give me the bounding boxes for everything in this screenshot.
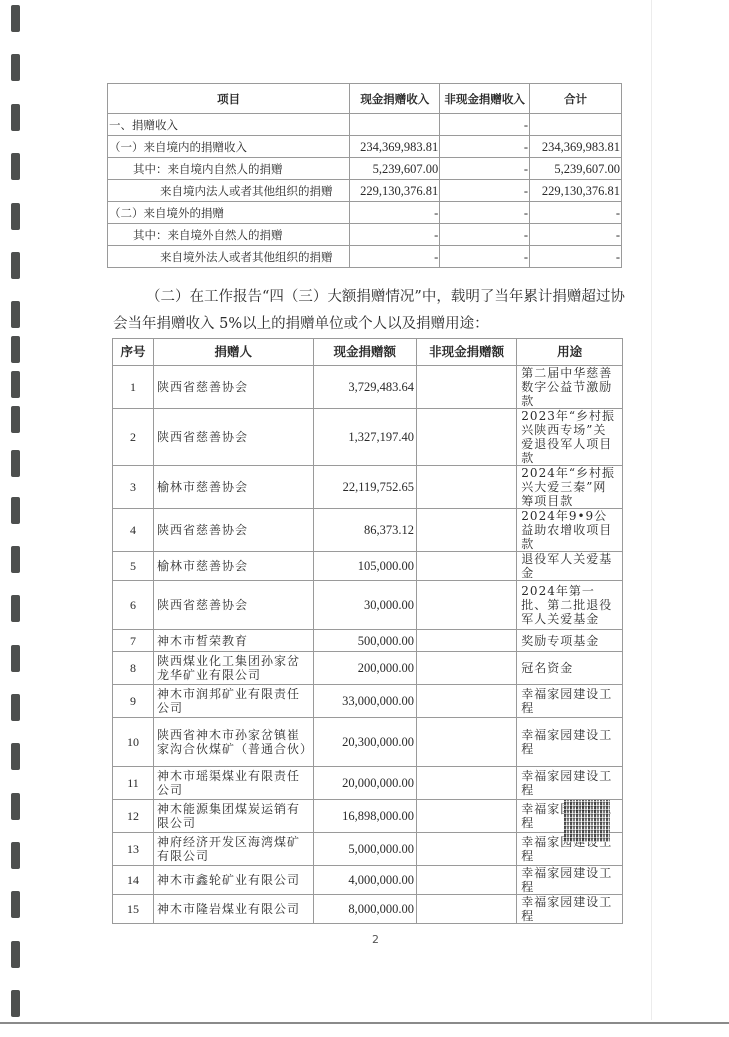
cash-value: - bbox=[350, 224, 440, 246]
row-label: 来自境内法人或者其他组织的捐赠 bbox=[108, 180, 350, 202]
cash-value: - bbox=[350, 202, 440, 224]
donor-cell: 陕西省神木市孙家岔镇崔家沟合伙煤矿（普通合伙） bbox=[153, 718, 313, 767]
cash-cell: 33,000,000.00 bbox=[313, 685, 417, 718]
total-value: - bbox=[530, 224, 622, 246]
donor-cell: 神木市晳荣教育 bbox=[153, 630, 313, 652]
table-row: 1 陕西省慈善协会 3,729,483.64 第二届中华慈善数字公益节激励款 bbox=[113, 366, 623, 409]
noncash-cell bbox=[417, 800, 517, 833]
donor-cell: 榆林市慈善协会 bbox=[153, 466, 313, 509]
seq-cell: 10 bbox=[113, 718, 154, 767]
seq-cell: 9 bbox=[113, 685, 154, 718]
binder-hole-icon bbox=[11, 497, 20, 524]
purpose-cell: 2024年9•9公益助农增收项目款 bbox=[517, 509, 623, 552]
donor-cell: 神木市鑫轮矿业有限公司 bbox=[153, 866, 313, 895]
column-header-noncash: 非现金捐赠额 bbox=[417, 339, 517, 366]
donor-cell: 陕西省慈善协会 bbox=[153, 409, 313, 466]
binder-hole-icon bbox=[11, 336, 20, 363]
donor-cell: 陕西煤业化工集团孙家岔龙华矿业有限公司 bbox=[153, 652, 313, 685]
seq-cell: 2 bbox=[113, 409, 154, 466]
page-number: 2 bbox=[372, 933, 379, 946]
cash-cell: 16,898,000.00 bbox=[313, 800, 417, 833]
table-row: （一）来自境内的捐赠收入 234,369,983.81 - 234,369,98… bbox=[108, 136, 622, 158]
cash-cell: 200,000.00 bbox=[313, 652, 417, 685]
purpose-cell: 幸福家园建设工程 bbox=[517, 685, 623, 718]
table-row: 5 榆林市慈善协会 105,000.00 退役军人关爱基金 bbox=[113, 552, 623, 581]
binder-hole-icon bbox=[11, 842, 20, 869]
row-label: （二）来自境外的捐赠 bbox=[108, 202, 350, 224]
noncash-value: - bbox=[440, 246, 530, 268]
total-value: 229,130,376.81 bbox=[530, 180, 622, 202]
donation-income-summary-table: 项目 现金捐赠收入 非现金捐赠收入 合计 一、捐赠收入 - （一）来自境内的捐赠… bbox=[107, 83, 622, 268]
cash-value: 234,369,983.81 bbox=[350, 136, 440, 158]
seq-cell: 8 bbox=[113, 652, 154, 685]
noncash-cell bbox=[417, 866, 517, 895]
seq-cell: 5 bbox=[113, 552, 154, 581]
cash-value: 5,239,607.00 bbox=[350, 158, 440, 180]
cash-cell: 4,000,000.00 bbox=[313, 866, 417, 895]
binder-hole-icon bbox=[11, 990, 20, 1017]
bottom-divider bbox=[0, 1022, 729, 1024]
column-header-cash: 现金捐赠额 bbox=[313, 339, 417, 366]
binder-hole-icon bbox=[11, 891, 20, 918]
paragraph-line-2: 会当年捐赠收入 5%以上的捐赠单位或个人以及捐赠用途： bbox=[113, 310, 633, 339]
table-row: 来自境外法人或者其他组织的捐赠 - - - bbox=[108, 246, 622, 268]
column-header-item: 项目 bbox=[108, 84, 350, 114]
table-row: （二）来自境外的捐赠 - - - bbox=[108, 202, 622, 224]
donor-cell: 神木能源集团煤炭运销有限公司 bbox=[153, 800, 313, 833]
donor-cell: 陕西省慈善协会 bbox=[153, 581, 313, 630]
noncash-cell bbox=[417, 509, 517, 552]
table-row: 其中：来自境内自然人的捐赠 5,239,607.00 - 5,239,607.0… bbox=[108, 158, 622, 180]
binder-hole-icon bbox=[11, 371, 20, 398]
table-row: 14 神木市鑫轮矿业有限公司 4,000,000.00 幸福家园建设工程 bbox=[113, 866, 623, 895]
binder-hole-icon bbox=[11, 595, 20, 622]
page-edge-line bbox=[651, 0, 652, 1020]
column-header-cash: 现金捐赠收入 bbox=[350, 84, 440, 114]
seq-cell: 11 bbox=[113, 767, 154, 800]
cash-cell: 22,119,752.65 bbox=[313, 466, 417, 509]
binder-hole-icon bbox=[11, 743, 20, 770]
donor-cell: 陕西省慈善协会 bbox=[153, 366, 313, 409]
cash-cell: 20,300,000.00 bbox=[313, 718, 417, 767]
noncash-cell bbox=[417, 833, 517, 866]
table-row: 8 陕西煤业化工集团孙家岔龙华矿业有限公司 200,000.00 冠名资金 bbox=[113, 652, 623, 685]
noncash-cell bbox=[417, 895, 517, 924]
paragraph-line-1: （二）在工作报告“四（三）大额捐赠情况”中，载明了当年累计捐赠超过协 bbox=[146, 283, 666, 312]
noncash-value: - bbox=[440, 224, 530, 246]
table-row: 一、捐赠收入 - bbox=[108, 114, 622, 136]
total-value: - bbox=[530, 202, 622, 224]
noncash-value: - bbox=[440, 114, 530, 136]
binder-hole-icon bbox=[11, 54, 20, 81]
cash-cell: 3,729,483.64 bbox=[313, 366, 417, 409]
donor-cell: 陕西省慈善协会 bbox=[153, 509, 313, 552]
table-row: 13 神府经济开发区海湾煤矿有限公司 5,000,000.00 幸福家园建设工程 bbox=[113, 833, 623, 866]
table-row: 15 神木市隆岩煤业有限公司 8,000,000.00 幸福家园建设工程 bbox=[113, 895, 623, 924]
donor-cell: 神木市瑶渠煤业有限责任公司 bbox=[153, 767, 313, 800]
table-row: 其中：来自境外自然人的捐赠 - - - bbox=[108, 224, 622, 246]
binder-hole-icon bbox=[11, 793, 20, 820]
table-header-row: 序号 捐赠人 现金捐赠额 非现金捐赠额 用途 bbox=[113, 339, 623, 366]
table-row: 11 神木市瑶渠煤业有限责任公司 20,000,000.00 幸福家园建设工程 bbox=[113, 767, 623, 800]
cash-cell: 105,000.00 bbox=[313, 552, 417, 581]
noncash-cell bbox=[417, 552, 517, 581]
cash-value: - bbox=[350, 246, 440, 268]
purpose-cell: 幸福家园建设工程 bbox=[517, 866, 623, 895]
cash-cell: 30,000.00 bbox=[313, 581, 417, 630]
cash-value: 229,130,376.81 bbox=[350, 180, 440, 202]
purpose-cell: 奖励专项基金 bbox=[517, 630, 623, 652]
noncash-cell bbox=[417, 767, 517, 800]
purpose-cell: 第二届中华慈善数字公益节激励款 bbox=[517, 366, 623, 409]
table-row: 来自境内法人或者其他组织的捐赠 229,130,376.81 - 229,130… bbox=[108, 180, 622, 202]
column-header-noncash: 非现金捐赠收入 bbox=[440, 84, 530, 114]
binder-hole-icon bbox=[11, 252, 20, 279]
table-row: 4 陕西省慈善协会 86,373.12 2024年9•9公益助农增收项目款 bbox=[113, 509, 623, 552]
seq-cell: 15 bbox=[113, 895, 154, 924]
cash-cell: 8,000,000.00 bbox=[313, 895, 417, 924]
purpose-cell: 冠名资金 bbox=[517, 652, 623, 685]
noncash-cell bbox=[417, 409, 517, 466]
noncash-cell bbox=[417, 581, 517, 630]
table-row: 2 陕西省慈善协会 1,327,197.40 2023年“乡村振兴陕西专场”关爱… bbox=[113, 409, 623, 466]
seq-cell: 12 bbox=[113, 800, 154, 833]
noncash-value: - bbox=[440, 202, 530, 224]
total-value bbox=[530, 114, 622, 136]
cash-cell: 1,327,197.40 bbox=[313, 409, 417, 466]
seq-cell: 14 bbox=[113, 866, 154, 895]
cash-cell: 86,373.12 bbox=[313, 509, 417, 552]
seq-cell: 4 bbox=[113, 509, 154, 552]
cash-cell: 20,000,000.00 bbox=[313, 767, 417, 800]
row-label: 一、捐赠收入 bbox=[108, 114, 350, 136]
seq-cell: 1 bbox=[113, 366, 154, 409]
row-label: （一）来自境内的捐赠收入 bbox=[108, 136, 350, 158]
table-row: 7 神木市晳荣教育 500,000.00 奖励专项基金 bbox=[113, 630, 623, 652]
donor-cell: 神木市隆岩煤业有限公司 bbox=[153, 895, 313, 924]
cash-cell: 500,000.00 bbox=[313, 630, 417, 652]
column-header-seq: 序号 bbox=[113, 339, 154, 366]
donor-cell: 神木市润邦矿业有限责任公司 bbox=[153, 685, 313, 718]
purpose-cell: 幸福家园建设工程 bbox=[517, 718, 623, 767]
table-row: 9 神木市润邦矿业有限责任公司 33,000,000.00 幸福家园建设工程 bbox=[113, 685, 623, 718]
table-header-row: 项目 现金捐赠收入 非现金捐赠收入 合计 bbox=[108, 84, 622, 114]
binder-hole-icon bbox=[11, 104, 20, 131]
cash-cell: 5,000,000.00 bbox=[313, 833, 417, 866]
noncash-value: - bbox=[440, 136, 530, 158]
table-row: 10 陕西省神木市孙家岔镇崔家沟合伙煤矿（普通合伙） 20,300,000.00… bbox=[113, 718, 623, 767]
row-label: 其中：来自境内自然人的捐赠 bbox=[108, 158, 350, 180]
total-value: 5,239,607.00 bbox=[530, 158, 622, 180]
binder-hole-icon bbox=[11, 450, 20, 477]
binder-hole-icon bbox=[11, 153, 20, 180]
noncash-cell bbox=[417, 685, 517, 718]
noncash-value: - bbox=[440, 180, 530, 202]
table-row: 12 神木能源集团煤炭运销有限公司 16,898,000.00 幸福家园建设工程 bbox=[113, 800, 623, 833]
purpose-cell: 2023年“乡村振兴陕西专场”关爱退役军人项目款 bbox=[517, 409, 623, 466]
donor-cell: 神府经济开发区海湾煤矿有限公司 bbox=[153, 833, 313, 866]
noncash-value: - bbox=[440, 158, 530, 180]
table-row: 3 榆林市慈善协会 22,119,752.65 2024年“乡村振兴大爱三秦”网… bbox=[113, 466, 623, 509]
noncash-cell bbox=[417, 718, 517, 767]
row-label: 其中：来自境外自然人的捐赠 bbox=[108, 224, 350, 246]
purpose-cell: 2024年“乡村振兴大爱三秦”网筹项目款 bbox=[517, 466, 623, 509]
seq-cell: 6 bbox=[113, 581, 154, 630]
purpose-cell: 退役军人关爱基金 bbox=[517, 552, 623, 581]
purpose-cell: 幸福家园建设工程 bbox=[517, 767, 623, 800]
donor-cell: 榆林市慈善协会 bbox=[153, 552, 313, 581]
column-header-purpose: 用途 bbox=[517, 339, 623, 366]
row-label: 来自境外法人或者其他组织的捐赠 bbox=[108, 246, 350, 268]
cash-value bbox=[350, 114, 440, 136]
binder-hole-icon bbox=[11, 941, 20, 968]
binder-hole-icon bbox=[11, 694, 20, 721]
purpose-cell: 2024年第一批、第二批退役军人关爱基金 bbox=[517, 581, 623, 630]
binder-hole-icon bbox=[11, 203, 20, 230]
major-donors-table: 序号 捐赠人 现金捐赠额 非现金捐赠额 用途 1 陕西省慈善协会 3,729,4… bbox=[112, 338, 623, 924]
total-value: 234,369,983.81 bbox=[530, 136, 622, 158]
noncash-cell bbox=[417, 366, 517, 409]
binder-hole-icon bbox=[11, 406, 20, 433]
noncash-cell bbox=[417, 630, 517, 652]
binder-hole-icon bbox=[11, 301, 20, 328]
purpose-cell: 幸福家园建设工程 bbox=[517, 895, 623, 924]
seq-cell: 3 bbox=[113, 466, 154, 509]
seq-cell: 13 bbox=[113, 833, 154, 866]
binder-hole-icon bbox=[11, 5, 20, 32]
total-value: - bbox=[530, 246, 622, 268]
seq-cell: 7 bbox=[113, 630, 154, 652]
noncash-cell bbox=[417, 466, 517, 509]
table-row: 6 陕西省慈善协会 30,000.00 2024年第一批、第二批退役军人关爱基金 bbox=[113, 581, 623, 630]
column-header-donor: 捐赠人 bbox=[153, 339, 313, 366]
qr-code-icon bbox=[564, 800, 610, 842]
binder-hole-icon bbox=[11, 645, 20, 672]
noncash-cell bbox=[417, 652, 517, 685]
binder-hole-icon bbox=[11, 546, 20, 573]
column-header-total: 合计 bbox=[530, 84, 622, 114]
